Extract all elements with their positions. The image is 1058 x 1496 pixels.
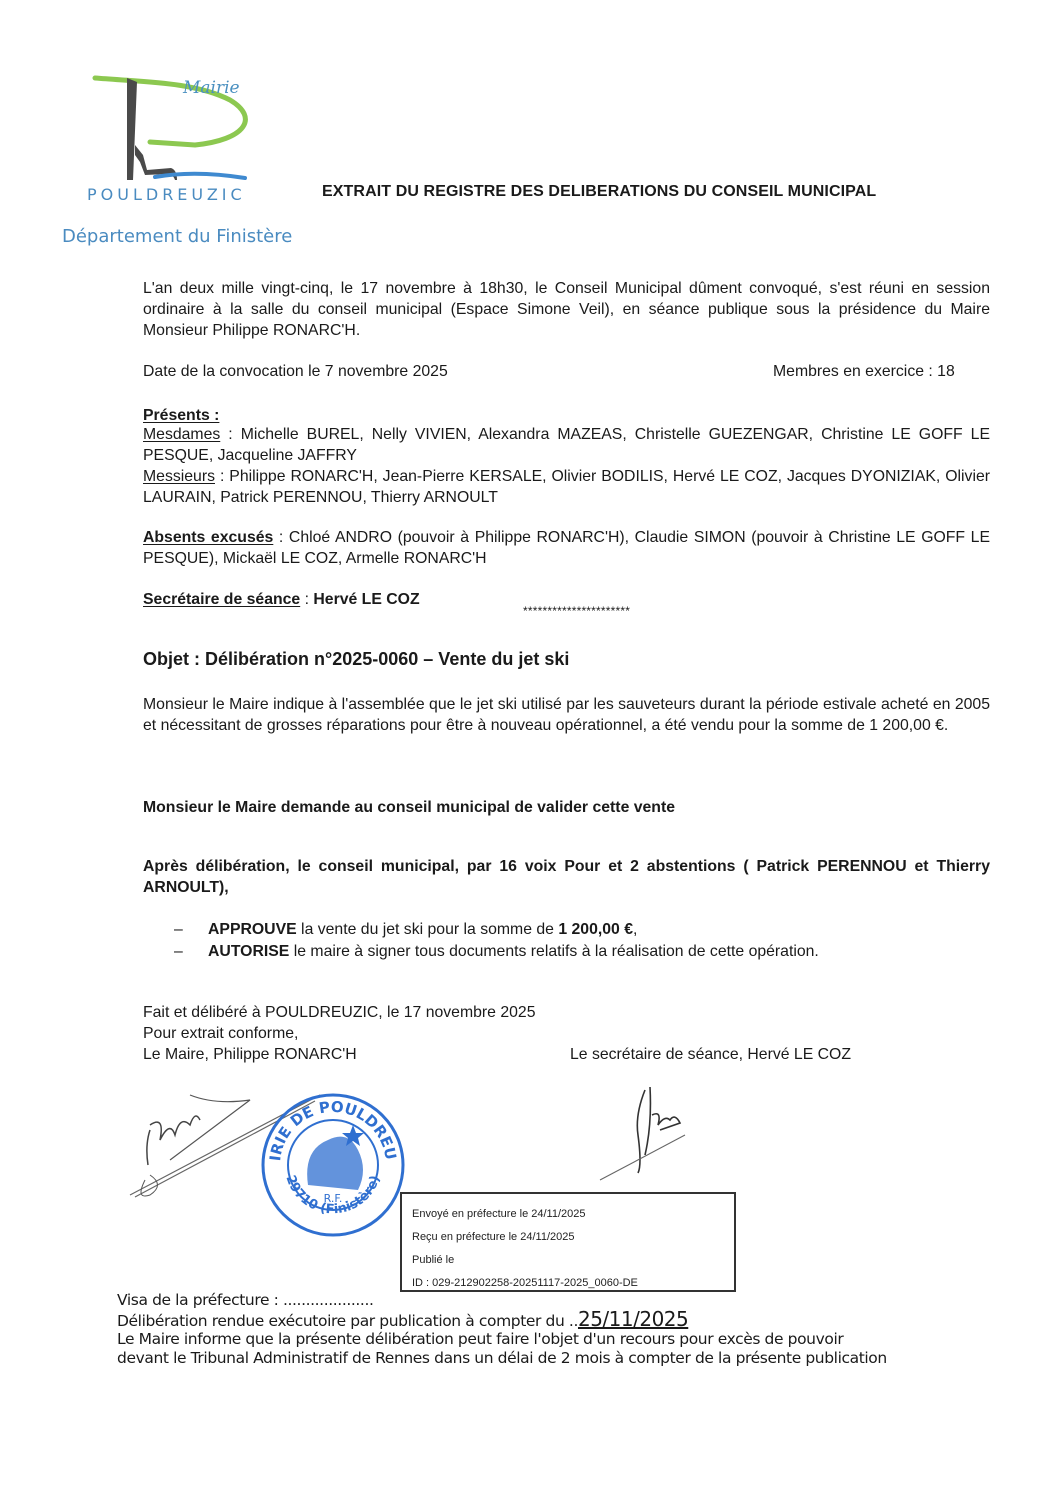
mesdames-label: Mesdames (143, 426, 220, 443)
deliberation-expose: Monsieur le Maire indique à l'assemblée … (143, 694, 990, 736)
members-count: Membres en exercice : 18 (773, 361, 955, 382)
executoire-line: Délibération rendue exécutoire par publi… (117, 1310, 688, 1331)
document-title: EXTRAIT DU REGISTRE DES DELIBERATIONS DU… (322, 183, 876, 201)
secretaire-name: Hervé LE COZ (313, 591, 419, 608)
mesdames-list: Mesdames : Michelle BUREL, Nelly VIVIEN,… (143, 424, 990, 466)
absents-list: Absents excusés : Chloé ANDRO (pouvoir à… (143, 527, 990, 569)
recours-line-2: devant le Tribunal Administratif de Renn… (117, 1349, 887, 1368)
decision-verb: APPROUVE (208, 921, 297, 938)
prefecture-id: ID : 029-212902258-20251117-2025_0060-DE (412, 1275, 734, 1298)
intro-paragraph: L'an deux mille vingt-cinq, le 17 novemb… (143, 278, 990, 341)
secretary-signature-icon (590, 1075, 730, 1185)
prefecture-published: Publié le (412, 1252, 734, 1275)
dash-icon: – (174, 941, 208, 962)
official-stamp-icon: MAIRIE DE POULDREUZIC 29710 (Finistère) … (258, 1090, 408, 1240)
decision-text: le maire à signer tous documents relatif… (289, 943, 818, 960)
decision-tail: , (633, 921, 637, 938)
prefecture-visa: Visa de la préfecture : ................… (117, 1291, 374, 1310)
dash-icon: – (174, 919, 208, 940)
presents-label: Présents : (143, 407, 219, 424)
messieurs-label: Messieurs (143, 468, 215, 485)
logo-graphic-icon (55, 60, 305, 230)
stamp-center-text: R.F. (324, 1192, 343, 1205)
prefecture-sent: Envoyé en préfecture le 24/11/2025 (412, 1206, 734, 1229)
convocation-date: Date de la convocation le 7 novembre 202… (143, 361, 448, 382)
secretary-signatory: Le secrétaire de séance, Hervé LE COZ (570, 1044, 851, 1065)
mesdames-names: : Michelle BUREL, Nelly VIVIEN, Alexandr… (143, 426, 990, 464)
decision-approve: –APPROUVE la vente du jet ski pour la so… (174, 919, 637, 940)
fait-delibere: Fait et délibéré à POULDREUZIC, le 17 no… (143, 1002, 535, 1023)
mayor-signatory: Le Maire, Philippe RONARC'H (143, 1044, 357, 1065)
logo-department: Département du Finistère (62, 226, 292, 247)
recours-line-1: Le Maire informe que la présente délibér… (117, 1330, 843, 1349)
presents-heading: Présents : (143, 405, 219, 426)
executoire-date: 25/11/2025 (578, 1307, 688, 1331)
decision-text: la vente du jet ski pour la somme de (297, 921, 559, 938)
secretaire-line: Secrétaire de séance : Hervé LE COZ (143, 589, 420, 610)
separator-stars: ********************** (523, 604, 630, 618)
extrait-conforme: Pour extrait conforme, (143, 1023, 298, 1044)
prefecture-receipt-box: Envoyé en préfecture le 24/11/2025 Reçu … (400, 1192, 736, 1292)
messieurs-names: : Philippe RONARC'H, Jean-Pierre KERSALE… (143, 468, 990, 506)
executoire-text: Délibération rendue exécutoire par publi… (117, 1312, 578, 1330)
vote-result: Après délibération, le conseil municipal… (143, 856, 990, 898)
prefecture-received: Reçu en préfecture le 24/11/2025 (412, 1229, 734, 1252)
decision-verb: AUTORISE (208, 943, 289, 960)
decision-amount: 1 200,00 € (558, 921, 633, 938)
mayor-request: Monsieur le Maire demande au conseil mun… (143, 797, 675, 818)
decision-authorize: –AUTORISE le maire à signer tous documen… (174, 941, 819, 962)
secretaire-label: Secrétaire de séance (143, 591, 300, 608)
mairie-logo: Mairie POULDREUZIC Département du Finist… (55, 60, 305, 260)
deliberation-subject: Objet : Délibération n°2025-0060 – Vente… (143, 649, 569, 670)
logo-mairie-text: Mairie (183, 78, 240, 98)
logo-city-name: POULDREUZIC (87, 185, 246, 204)
messieurs-list: Messieurs : Philippe RONARC'H, Jean-Pier… (143, 466, 990, 508)
absents-label: Absents excusés (143, 529, 273, 546)
secretaire-sep: : (300, 591, 313, 608)
